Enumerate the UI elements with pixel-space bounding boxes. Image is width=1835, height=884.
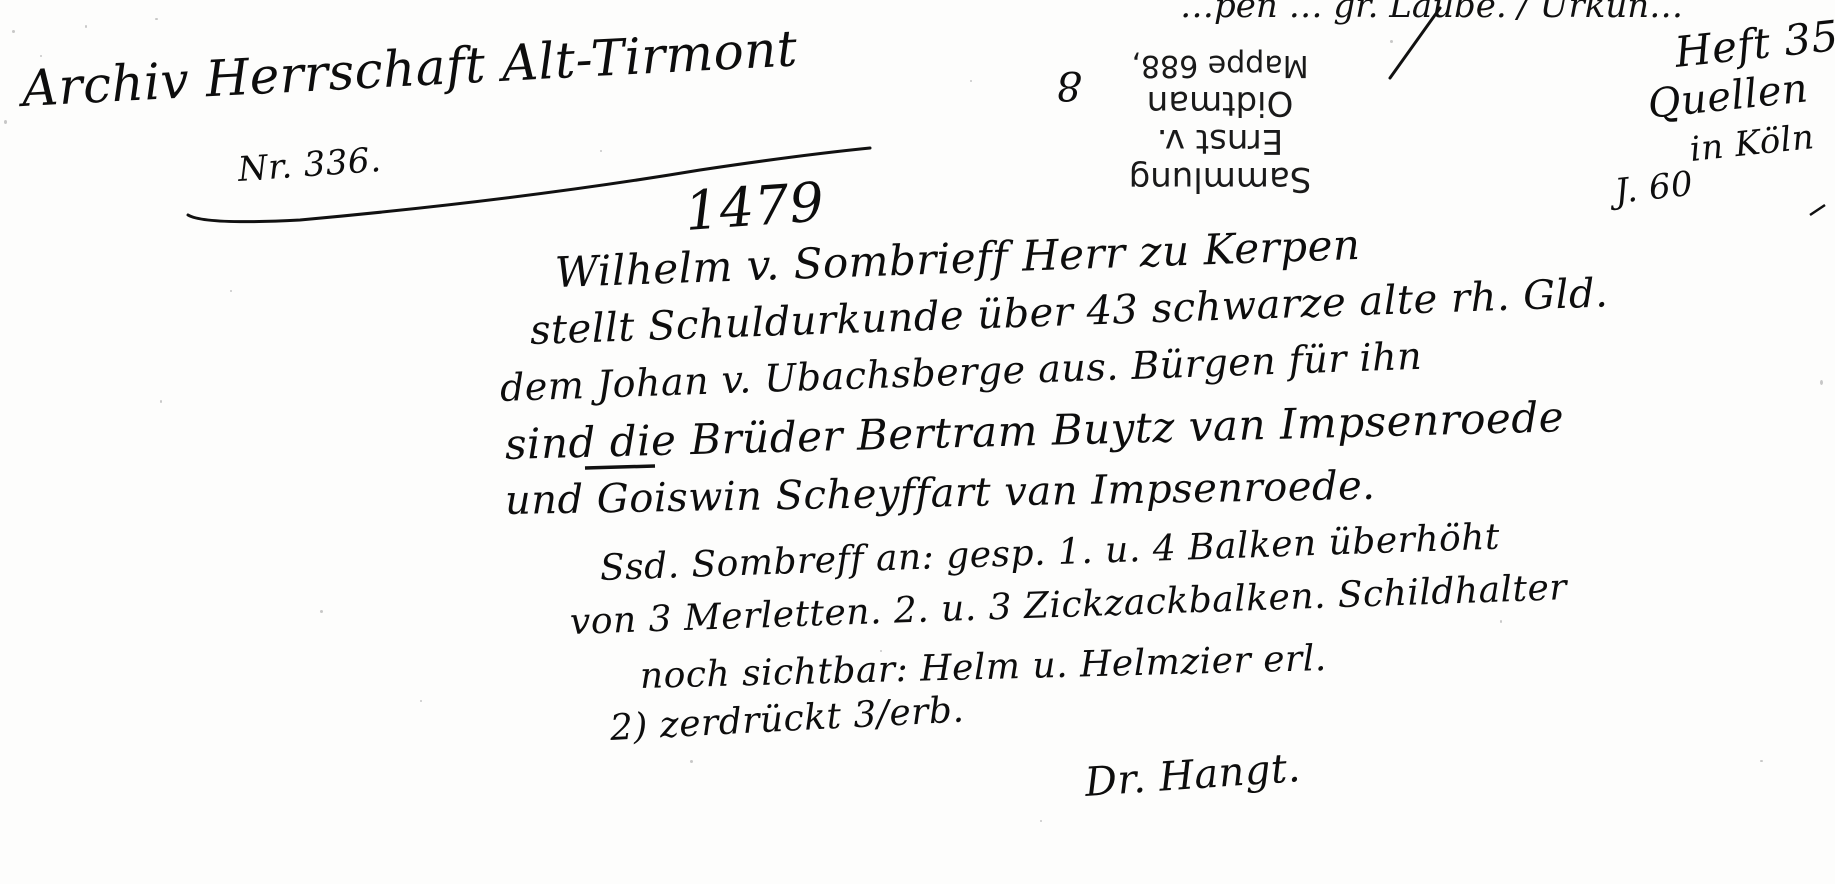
seal-line: noch sichtbar: Helm u. Helmzier erl. <box>639 638 1327 697</box>
margin-note-line: Quellen <box>1646 65 1811 128</box>
body-line: und Goiswin Scheyffart van Impsenroede. <box>505 463 1376 524</box>
top-edge-fragment: …pen … gr. Laube. / Urkun… <box>1180 0 1683 26</box>
margin-note-line: Heft 35 <box>1672 11 1835 77</box>
collection-stamp: Sammlung Ernst v. Oidtman Mappe 688, <box>1095 68 1345 198</box>
scanned-document-page: …pen … gr. Laube. / Urkun… Archiv Herrsc… <box>0 0 1835 884</box>
archive-number: Nr. 336. <box>237 140 383 190</box>
signature: Dr. Hangt. <box>1083 745 1302 806</box>
seal-line: 2) zerdrückt 3/erb. <box>609 689 965 749</box>
margin-note-line: in Köln <box>1688 117 1816 170</box>
stamp-line-name: Ernst v. Oidtman <box>1095 84 1345 160</box>
stamp-line-collection: Sammlung <box>1095 160 1345 198</box>
archive-reference-title: Archiv Herrschaft Alt-Tirmont <box>20 19 798 118</box>
margin-note-line: J. 60 <box>1613 164 1695 212</box>
stamp-handwritten-suffix: 8 <box>1056 62 1082 108</box>
stamp-line-folder: Mappe 688, <box>1095 46 1345 84</box>
document-year: 1479 <box>683 170 826 243</box>
